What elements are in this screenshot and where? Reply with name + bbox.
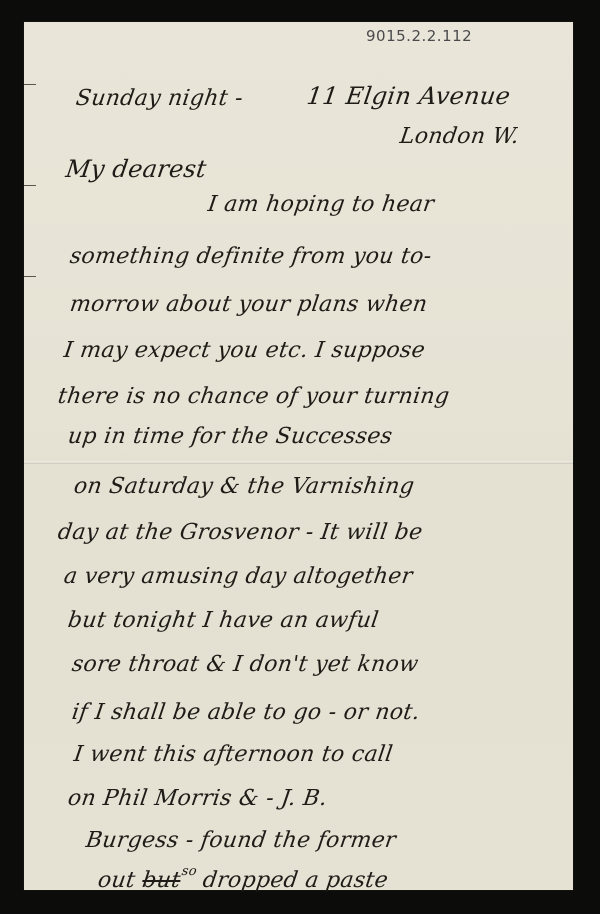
body-line-14: on Phil Morris & - J. B. bbox=[66, 786, 329, 811]
salutation: My dearest bbox=[64, 155, 208, 183]
scan-frame: 9015.2.2.112 Sunday night - 11 Elgin Ave… bbox=[0, 0, 600, 914]
body-line-12: if I shall be able to go - or not. bbox=[70, 700, 421, 725]
body-line-16: out butso dropped a paste bbox=[96, 868, 389, 893]
letter-day: Sunday night - bbox=[74, 86, 244, 111]
paper-fold-line bbox=[24, 461, 573, 464]
body-line-7: on Saturday & the Varnishing bbox=[72, 474, 416, 499]
inserted-word: so bbox=[181, 864, 198, 879]
body-line-1: I am hoping to hear bbox=[206, 192, 436, 217]
margin-mark bbox=[24, 276, 36, 277]
address-line-1: 11 Elgin Avenue bbox=[305, 82, 512, 110]
body-line-5: there is no chance of your turning bbox=[56, 384, 451, 409]
last-line-start: out bbox=[96, 868, 137, 893]
body-line-15: Burgess - found the former bbox=[84, 828, 397, 853]
margin-mark bbox=[24, 185, 36, 186]
body-line-6: up in time for the Successes bbox=[66, 424, 394, 449]
body-line-2: something definite from you to- bbox=[68, 244, 433, 269]
body-line-11: sore throat & I don't yet know bbox=[70, 652, 420, 677]
margin-mark bbox=[24, 84, 36, 85]
catalog-number: 9015.2.2.112 bbox=[366, 27, 472, 45]
last-line-end: dropped a paste bbox=[201, 868, 390, 893]
body-line-9: a very amusing day altogether bbox=[62, 564, 414, 589]
letter-page: 9015.2.2.112 Sunday night - 11 Elgin Ave… bbox=[24, 22, 573, 890]
body-line-10: but tonight I have an awful bbox=[66, 608, 380, 633]
body-line-8: day at the Grosvenor - It will be bbox=[56, 520, 424, 545]
body-line-4: I may expect you etc. I suppose bbox=[62, 338, 426, 363]
struck-word: but bbox=[141, 868, 183, 893]
address-line-2: London W. bbox=[398, 124, 520, 149]
body-line-13: I went this afternoon to call bbox=[72, 742, 394, 767]
body-line-3: morrow about your plans when bbox=[68, 292, 429, 317]
